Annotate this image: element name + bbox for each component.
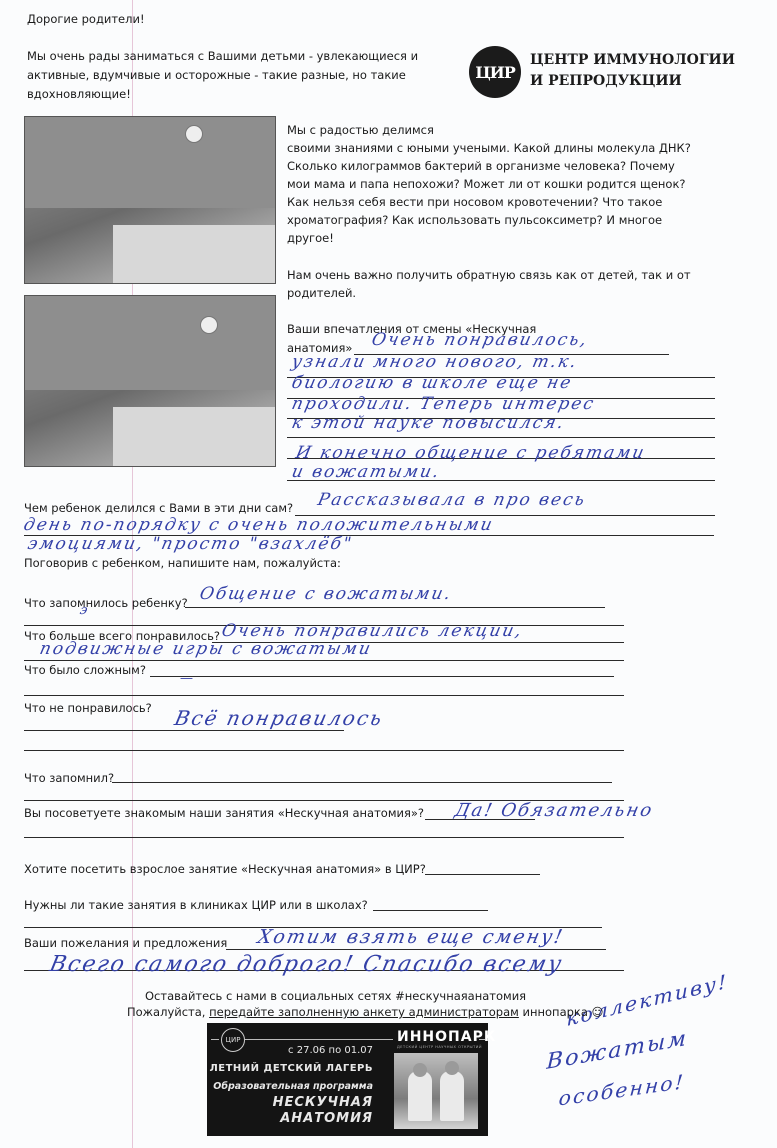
innopark-brand: ИННОПАРК [397,1029,496,1045]
handover-note: Пожалуйста, передайте заполненную анкету… [127,1004,604,1021]
shared-answer-1: Рассказывала в про весь [316,490,588,510]
closing-note-3: Вожатым [546,1026,688,1075]
feedback-line-2: родителей. [287,285,356,302]
answer-line [24,730,344,731]
answer-line [24,660,624,661]
cir-mini-logo-icon: ЦИР [221,1028,245,1052]
impressions-answer-4: проходили. Теперь интерес [290,394,597,414]
group-photo-1 [24,116,276,284]
answer-disliked: Всё понравилось [172,706,385,730]
about-line-2: своими знаниями с юными учеными. Какой д… [287,140,691,157]
social-note: Оставайтесь с нами в социальных сетях #н… [145,988,526,1005]
banner-camp: ЛЕТНИЙ ДЕТСКИЙ ЛАГЕРЬ [209,1063,373,1074]
prompt: Поговорив с ребенком, напишите нам, пожа… [24,555,341,572]
question-remembered: Что запомнил? [24,770,114,787]
impressions-answer-7: и вожатыми. [290,462,443,482]
group-photo-2 [24,295,276,467]
answer-wishes: Хотим взять еще смену! [256,926,566,948]
impressions-answer-1: Очень понравилось, [370,330,590,350]
question-remembered-child: Что запомнилось ребенку? [24,595,188,612]
banner-title-2: АНАТОМИЯ [280,1111,373,1126]
answer-line [287,437,715,438]
question-disliked: Что не понравилось? [24,700,152,717]
banner-dates: с 27.06 по 01.07 [288,1045,373,1056]
answer-line [24,695,624,696]
question-adult-class: Хотите посетить взрослое занятие «Нескуч… [24,861,426,878]
banner-title-1: НЕСКУЧНАЯ [273,1095,373,1110]
about-line-4: мои мама и папа непохожи? Может ли от ко… [287,176,686,193]
innopark-tagline: ДЕТСКИЙ ЦЕНТР НАУЧНЫХ ОТКРЫТИЙ [397,1045,482,1049]
banner-kids-photo [394,1053,478,1129]
impressions-answer-6: И конечно общение с ребятами [294,443,648,463]
org-name-line-2: И РЕПРОДУКЦИИ [530,71,735,92]
answer-line[interactable] [112,782,612,783]
answer-line [24,837,624,838]
answer-liked-most-2: подвижные игры с вожатыми [38,639,374,659]
intro-line-1: Мы очень рады заниматься с Вашими детьми… [27,48,418,65]
question-difficult: Что было сложным? [24,662,146,679]
about-line-5: Как нельзя себя вести при носовом кровот… [287,194,662,211]
about-line-6: хроматография? Как использовать пульсокс… [287,212,662,229]
question-wishes: Ваши пожелания и предложения [24,935,227,952]
question-recommend: Вы посоветуете знакомым наши занятия «Не… [24,805,424,822]
camp-banner: ЦИР ИННОПАРК ДЕТСКИЙ ЦЕНТР НАУЧНЫХ ОТКРЫ… [207,1023,488,1136]
shared-answer-2: день по-порядку с очень положительными [22,515,496,535]
impressions-answer-2: узнали много нового, т.к. [290,352,580,372]
answer-difficult: — [178,671,196,686]
answer-line [226,949,606,950]
banner-program: Образовательная программа [213,1081,373,1092]
intro-line-3: вдохновляющие! [27,86,131,103]
impressions-answer-5: к этой науке повысился. [290,413,567,433]
cir-logo-icon: ЦИР [469,46,521,98]
impressions-answer-3: биологию в школе еще не [290,373,575,393]
answer-line [185,607,605,608]
question-clinics-schools: Нужны ли такие занятия в клиниках ЦИР ил… [24,897,368,914]
closing-note-4: особенно! [558,1070,686,1111]
about-line-7: другое! [287,230,334,247]
greeting: Дорогие родители! [27,11,145,28]
answer-line [150,676,614,677]
answer-line [24,750,624,751]
closing-note-1: Всего самого доброго! Спасибо всему [47,952,565,977]
about-line-1: Мы с радостью делимся [287,122,434,139]
org-name: ЦЕНТР ИММУНОЛОГИИ И РЕПРОДУКЦИИ [530,50,735,92]
answer-remembered-child: Общение с вожатыми. [198,584,454,604]
closing-note-2: коллективу! [566,969,729,1031]
answer-field-adult-class[interactable] [425,874,540,875]
answer-liked-most-1: Очень понравились лекции, [220,621,525,641]
answer-field-clinics-schools[interactable] [373,910,488,911]
about-line-3: Сколько килограммов бактерий в организме… [287,158,675,175]
intro-line-2: активные, вдумчивые и осторожные - такие… [27,67,406,84]
answer-remembered-extra: э [78,603,90,618]
feedback-line-1: Нам очень важно получить обратную связь … [287,267,691,284]
shared-answer-3: эмоциями, "просто "взахлёб" [26,534,355,554]
org-name-line-1: ЦЕНТР ИММУНОЛОГИИ [530,50,735,71]
answer-recommend: Да! Обязательно [453,800,656,821]
